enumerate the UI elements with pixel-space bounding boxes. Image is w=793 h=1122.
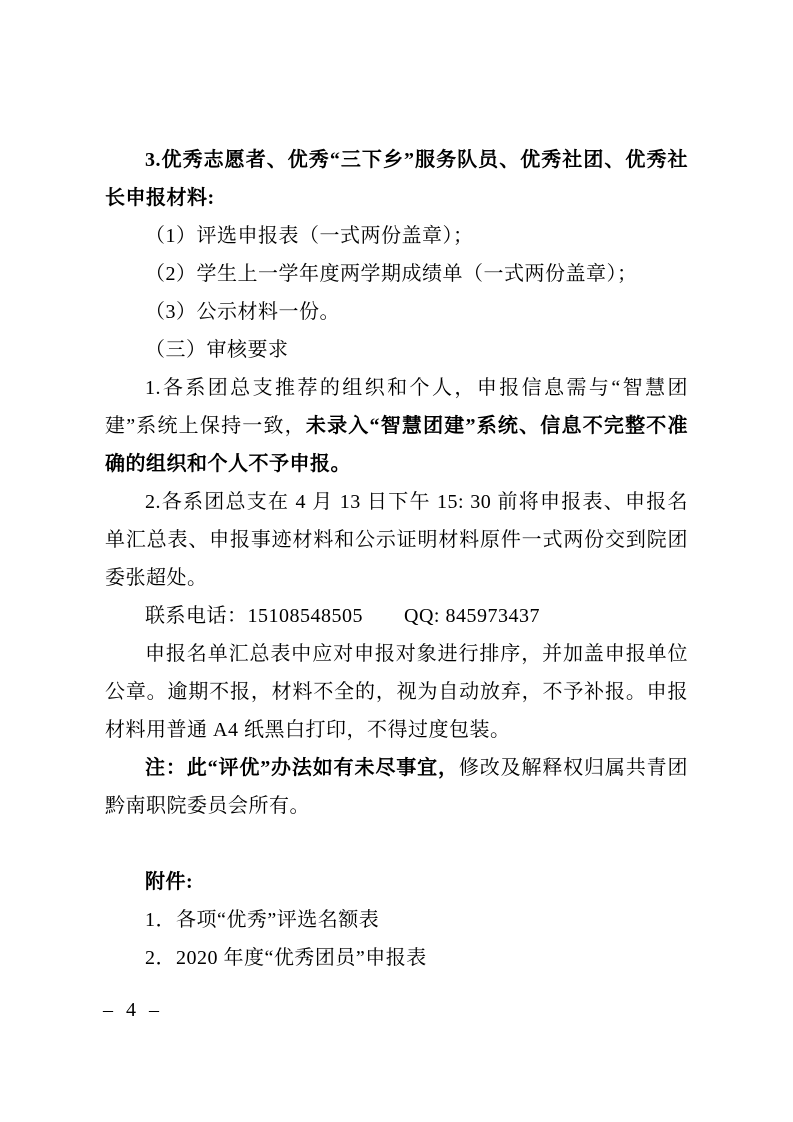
document-body: 3.优秀志愿者、优秀“三下乡”服务队员、优秀社团、优秀社长申报材料:（1）评选申… bbox=[105, 141, 688, 977]
text-segment: 3.优秀志愿者、优秀“三下乡”服务队员、优秀社团、优秀社长申报材料: bbox=[105, 149, 688, 209]
document-page: 3.优秀志愿者、优秀“三下乡”服务队员、优秀社团、优秀社长申报材料:（1）评选申… bbox=[0, 0, 793, 1122]
text-segment: （三）审核要求 bbox=[145, 339, 289, 361]
text-segment: 2.各系团总支在 4 月 13 日下午 15: 30 前将申报表、申报名单汇总表… bbox=[105, 491, 688, 589]
requirement-1: 1.各系团总支推荐的组织和个人，申报信息需与“智慧团建”系统上保持一致，未录入“… bbox=[105, 369, 688, 483]
text-segment: （2）学生上一学年度两学期成绩单（一式两份盖章）； bbox=[145, 263, 638, 285]
text-segment: 2．2020 年度“优秀团员”申报表 bbox=[145, 947, 427, 969]
text-segment: （1）评选申报表（一式两份盖章）； bbox=[145, 225, 474, 247]
page-number: – 4 – bbox=[103, 995, 163, 1025]
material-item-2: （2）学生上一学年度两学期成绩单（一式两份盖章）； bbox=[105, 255, 688, 293]
text-segment: 1．各项“优秀”评选名额表 bbox=[145, 909, 379, 931]
note-submission: 申报名单汇总表中应对申报对象进行排序，并加盖申报单位公章。逾期不报，材料不全的，… bbox=[105, 635, 688, 749]
attachment-2: 2．2020 年度“优秀团员”申报表 bbox=[105, 939, 688, 977]
text-segment: 联系电话：15108548505 QQ: 845973437 bbox=[145, 605, 540, 627]
material-item-3: （3）公示材料一份。 bbox=[105, 293, 688, 331]
text-segment: 附件: bbox=[145, 871, 193, 893]
heading-application-materials: 3.优秀志愿者、优秀“三下乡”服务队员、优秀社团、优秀社长申报材料: bbox=[105, 141, 688, 217]
note-interpretation-rights: 注：此“评优”办法如有未尽事宜，修改及解释权归属共青团黔南职院委员会所有。 bbox=[105, 749, 688, 825]
attachments-heading: 附件: bbox=[105, 863, 688, 901]
text-segment: 申报名单汇总表中应对申报对象进行排序，并加盖申报单位公章。逾期不报，材料不全的，… bbox=[105, 643, 688, 741]
contact-info: 联系电话：15108548505 QQ: 845973437 bbox=[105, 597, 688, 635]
section-heading-review-requirements: （三）审核要求 bbox=[105, 331, 688, 369]
blank-line bbox=[105, 825, 688, 863]
text-segment: （3）公示材料一份。 bbox=[145, 301, 340, 323]
material-item-1: （1）评选申报表（一式两份盖章）； bbox=[105, 217, 688, 255]
requirement-2: 2.各系团总支在 4 月 13 日下午 15: 30 前将申报表、申报名单汇总表… bbox=[105, 483, 688, 597]
attachment-1: 1．各项“优秀”评选名额表 bbox=[105, 901, 688, 939]
text-segment: 注：此“评优”办法如有未尽事宜， bbox=[145, 757, 459, 779]
